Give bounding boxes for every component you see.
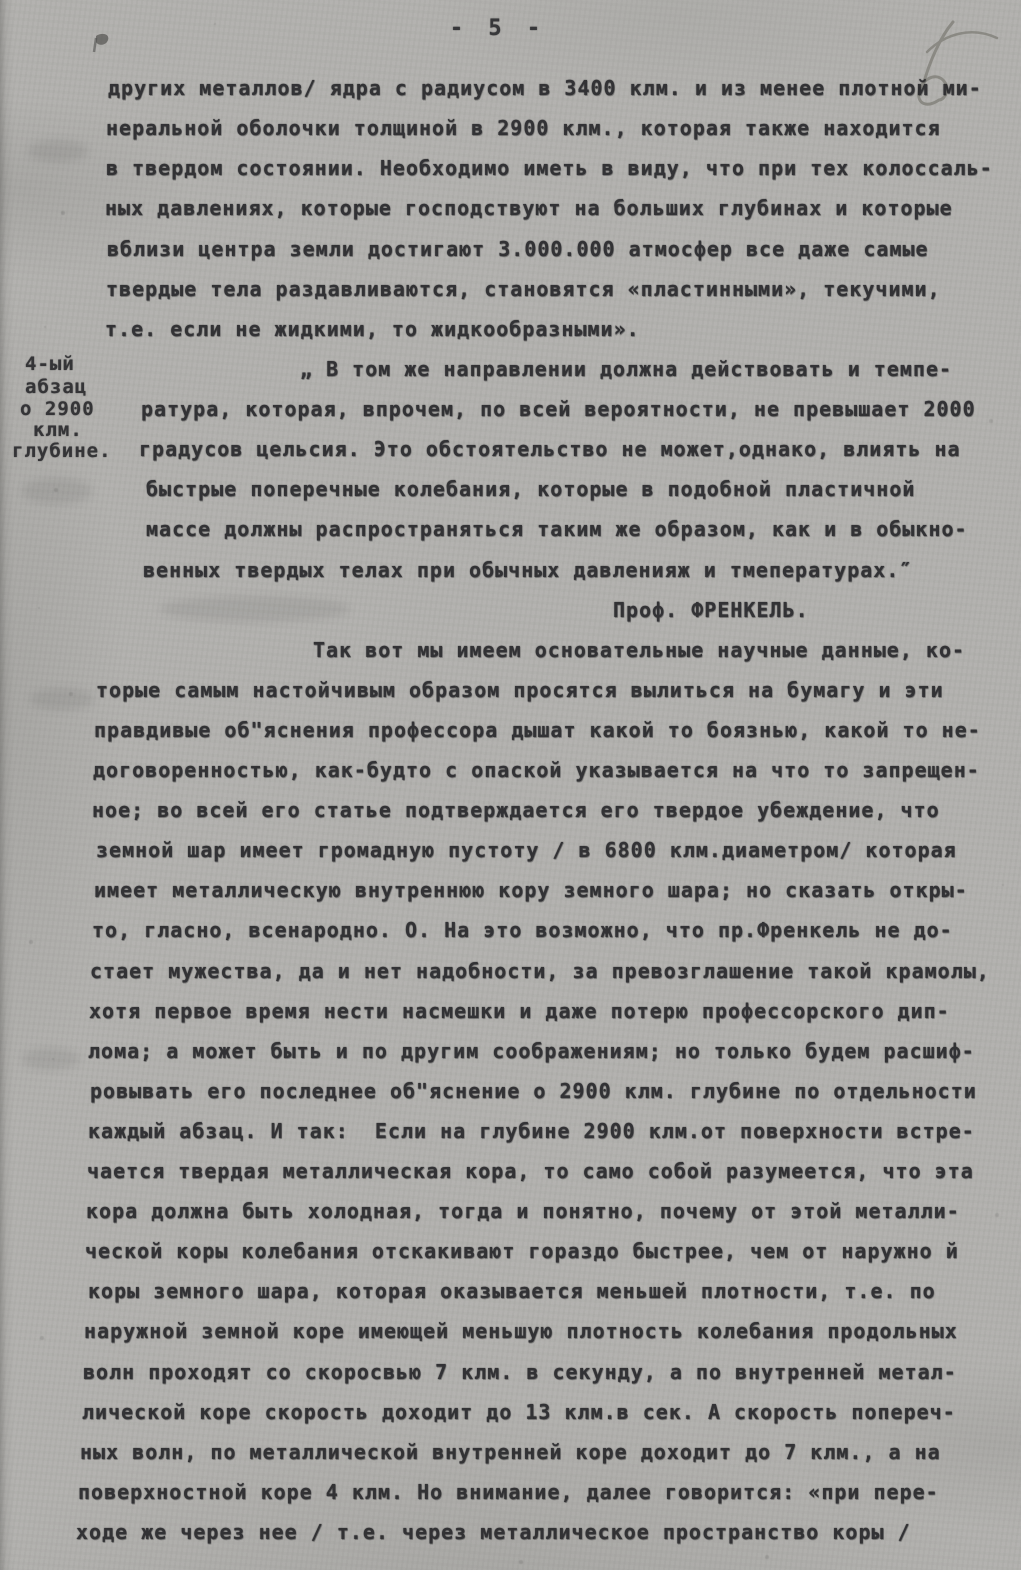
text-line: вблизи центра земли достигают 3.000.000 …: [107, 237, 929, 261]
text-line: венных твердых телах при обычных давлени…: [143, 558, 912, 582]
text-line: земной шар имеет громадную пустоту / в 6…: [96, 838, 957, 862]
paper-speckles: [0, 0, 2, 2]
text-line: стает мужества, да и нет надобности, за …: [90, 959, 990, 983]
paper-smudge: [22, 1048, 80, 1070]
text-line: т.е. если не жидкими, то жидкообразными»…: [105, 317, 640, 341]
text-line: градусов цельсия. Это обстоятельство не …: [139, 437, 961, 461]
text-line: волн проходят со скоросвью 7 клм. в секу…: [83, 1360, 957, 1384]
text-line: ратура, которая, впрочем, по всей вероят…: [141, 397, 976, 421]
text-line: ходе же через нее / т.е. через металличе…: [76, 1520, 911, 1544]
margin-note-line: о 2900: [20, 398, 95, 420]
text-line: других металлов/ ядра с радиусом в 3400 …: [108, 76, 982, 100]
text-line: то, гласно, всенародно. О. На это возмож…: [92, 918, 953, 942]
paper-smudge: [28, 140, 88, 162]
text-line: ных волн, по металлической внутренней ко…: [80, 1440, 941, 1464]
margin-note-line: клм.: [33, 419, 83, 441]
margin-note-line: 4-ый: [25, 353, 75, 375]
paper-smudge: [30, 688, 94, 710]
text-line: ровывать его последнее об"яснение о 2900…: [90, 1079, 977, 1103]
paper-smudge: [22, 478, 92, 504]
text-line: лической коре скорость доходит до 13 клм…: [82, 1400, 956, 1424]
text-line: в твердом состоянии. Необходимо иметь в …: [106, 156, 993, 180]
text-line: неральной оболочки толщиной в 2900 клм.,…: [106, 116, 941, 140]
text-line: ных давлениях, которые господствуют на б…: [105, 196, 953, 220]
paper-smudge: [160, 596, 350, 622]
text-line: ческой коры колебания отскакивают горазд…: [85, 1239, 959, 1263]
text-line: договоренностью, как-будто с опаской ука…: [93, 758, 980, 782]
handwritten-pencil-mark-15: [893, 0, 1013, 120]
ink-blot-mark: [86, 28, 122, 64]
text-line: хотя первое время нести насмешки и даже …: [89, 999, 950, 1023]
text-line: правдивые об"яснения профессора дышат ка…: [94, 718, 981, 742]
signature-line: Проф. ФРЕНКЕЛЬ.: [613, 598, 809, 622]
text-line: коры земного шара, которая оказывается м…: [88, 1279, 936, 1303]
text-line: твердые тела раздавливаются, становятся …: [106, 277, 941, 301]
text-line: массе должны распространяться таким же о…: [146, 517, 968, 541]
text-line: чается твердая металлическая кора, то са…: [87, 1159, 974, 1183]
text-line: лома; а может быть и по другим соображен…: [88, 1039, 975, 1063]
text-line: каждый абзац. И так: Если на глубине 290…: [88, 1119, 975, 1143]
text-line: быстрые поперечные колебания, которые в …: [146, 477, 915, 501]
scanned-document-page: - 5 - 4-ый абзац о 2900 клм. глубине. др…: [0, 0, 1021, 1570]
text-line: „ В том же направлении должна действоват…: [300, 357, 952, 381]
page-number: - 5 -: [408, 16, 588, 41]
text-line: поверхностной коре 4 клм. Но внимание, д…: [78, 1480, 939, 1504]
text-line: наружной земной коре имеющей меньшую пло…: [84, 1319, 958, 1343]
text-line: торые самым настойчивым образом просятся…: [96, 678, 944, 702]
text-line: ное; во всей его статье подтверждается е…: [92, 798, 940, 822]
margin-note-line: абзац: [25, 376, 87, 398]
text-line: имеет металлическую внутреннюю кору земн…: [94, 878, 968, 902]
text-line: Так вот мы имеем основательные научные д…: [313, 638, 965, 662]
margin-note-line: глубине.: [12, 440, 112, 462]
text-line: кора должна быть холодная, тогда и понят…: [86, 1199, 960, 1223]
